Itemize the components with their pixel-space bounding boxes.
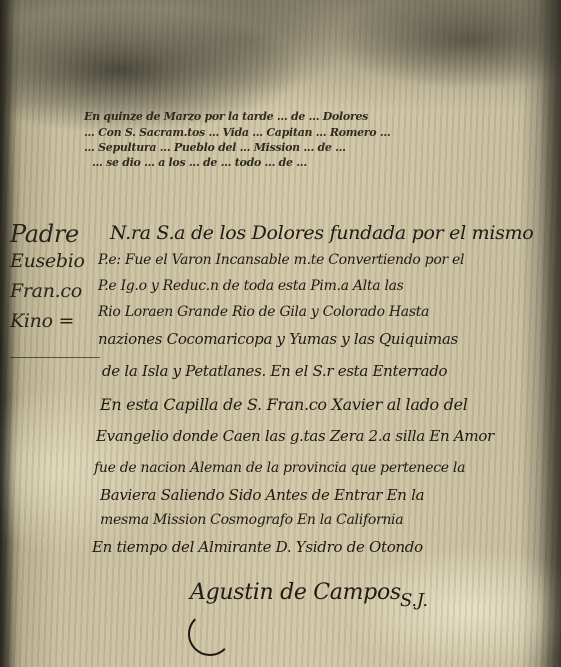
body-line: P.e Ig.o y Reduc.n de toda esta Pim.a Al… xyxy=(98,278,404,294)
margin-note-line: Eusebio xyxy=(10,250,85,272)
signature-flourish xyxy=(188,612,232,656)
body-line: naziones Cocomaricopa y Yumas y las Quiq… xyxy=(98,330,458,348)
margin-note-line: Padre xyxy=(10,220,79,248)
body-line: Baviera Saliendo Sido Antes de Entrar En… xyxy=(100,486,424,504)
body-line: En tiempo del Almirante D. Ysidro de Oto… xyxy=(92,538,423,556)
page-edge-shadow-left xyxy=(0,0,14,667)
body-line: N.ra S.a de los Dolores fundada por el m… xyxy=(110,222,533,244)
header-line: ... Con S. Sacram.tos ... Vida ... Capit… xyxy=(84,126,390,139)
body-line: Evangelio donde Caen las g.tas Zera 2.a … xyxy=(96,427,494,445)
water-stain-top xyxy=(0,0,561,110)
signature-suffix: S.J. xyxy=(400,590,428,611)
manuscript-page: En quinze de Marzo por la tarde ... de .… xyxy=(0,0,561,667)
body-line: de la Isla y Petatlanes. En el S.r esta … xyxy=(102,362,447,380)
body-line: Rio Loraen Grande Rio de Gila y Colorado… xyxy=(98,304,429,320)
body-line: En esta Capilla de S. Fran.co Xavier al … xyxy=(100,395,468,414)
body-line: mesma Mission Cosmografo En la Californi… xyxy=(100,512,403,528)
margin-note-line: Fran.co xyxy=(10,280,82,302)
margin-note-line: Kino = xyxy=(10,310,74,332)
signature-name: Agustin de Campos xyxy=(190,580,401,605)
page-edge-shadow-right xyxy=(539,0,561,667)
header-line: En quinze de Marzo por la tarde ... de .… xyxy=(84,110,368,123)
margin-underline xyxy=(10,357,100,358)
body-line: P.e: Fue el Varon Incansable m.te Conver… xyxy=(98,252,464,268)
body-line: fue de nacion Aleman de la provincia que… xyxy=(94,460,465,476)
header-line: ... se dio ... a los ... de ... todo ...… xyxy=(92,156,307,169)
header-line: ... Sepultura ... Pueblo del ... Mission… xyxy=(84,141,346,154)
